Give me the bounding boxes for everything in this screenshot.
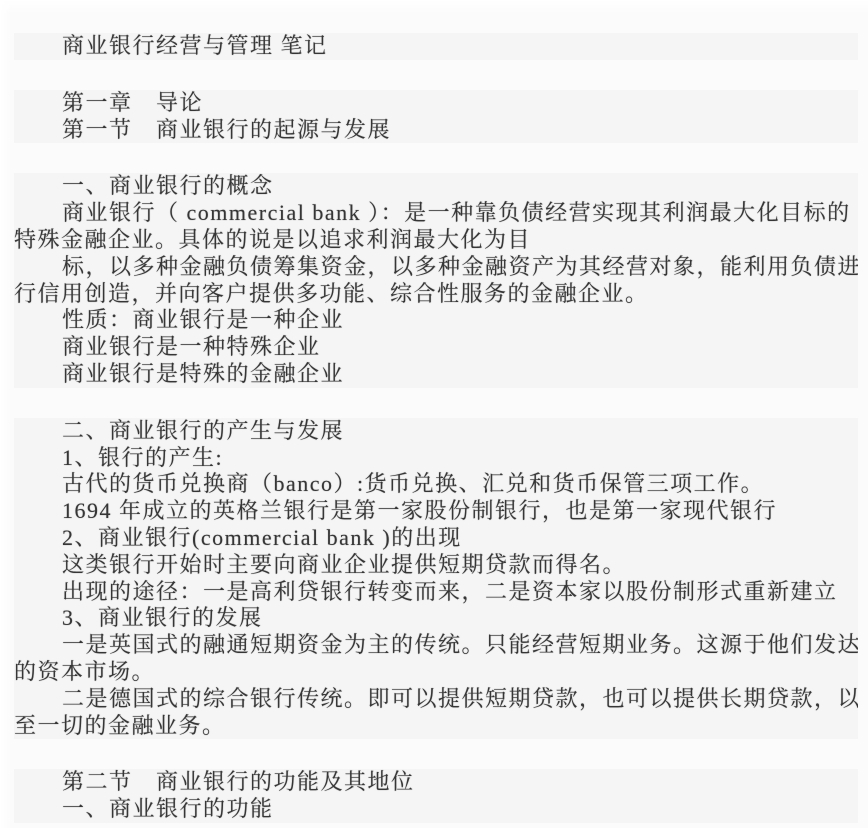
text-line: 1、银行的产生: <box>14 445 858 472</box>
blank-line <box>14 143 858 173</box>
page-lines: 商业银行经营与管理 笔记第一章 导论第一节 商业银行的起源与发展一、商业银行的概… <box>0 0 868 823</box>
text-line: 行信用创造，并向客户提供多功能、综合性服务的金融企业。 <box>14 281 858 308</box>
text-line: 至一切的金融业务。 <box>14 713 858 740</box>
text-line: 商业银行是一种特殊企业 <box>14 334 858 361</box>
text-line: 出现的途径：一是高利贷银行转变而来，二是资本家以股份制形式重新建立 <box>14 579 858 606</box>
text-line: 二、商业银行的产生与发展 <box>14 418 858 445</box>
text-line: 商业银行是特殊的金融企业 <box>14 361 858 388</box>
blank-line <box>14 60 858 90</box>
text-line: 第二节 商业银行的功能及其地位 <box>14 769 858 796</box>
text-line: 一是英国式的融通短期资金为主的传统。只能经营短期业务。这源于他们发达 <box>14 632 858 659</box>
blank-line <box>14 388 858 418</box>
text-line: 第一章 导论 <box>14 90 858 117</box>
text-line: 第一节 商业银行的起源与发展 <box>14 117 858 144</box>
text-line: 的资本市场。 <box>14 659 858 686</box>
text-line: 1694 年成立的英格兰银行是第一家股份制银行，也是第一家现代银行 <box>14 498 858 525</box>
text-line: 一、商业银行的功能 <box>14 796 858 823</box>
text-line: 标，以多种金融负债筹集资金，以多种金融资产为其经营对象，能利用负债进 <box>14 254 858 281</box>
blank-line <box>14 739 858 769</box>
text-line: 这类银行开始时主要向商业企业提供短期贷款而得名。 <box>14 552 858 579</box>
text-line: 一、商业银行的概念 <box>14 173 858 200</box>
text-line: 二是德国式的综合银行传统。即可以提供短期贷款，也可以提供长期贷款，以 <box>14 686 858 713</box>
document-page: 商业银行经营与管理 笔记第一章 导论第一节 商业银行的起源与发展一、商业银行的概… <box>0 0 868 828</box>
text-line: 商业银行（ commercial bank ）：是一种靠负债经营实现其利润最大化… <box>14 200 858 227</box>
text-line: 特殊金融企业。具体的说是以追求利润最大化为目 <box>14 227 858 254</box>
text-line: 性质：商业银行是一种企业 <box>14 307 858 334</box>
text-line: 2、商业银行(commercial bank )的出现 <box>14 525 858 552</box>
text-line: 3、商业银行的发展 <box>14 605 858 632</box>
text-line: 商业银行经营与管理 笔记 <box>14 33 858 60</box>
text-line: 古代的货币兑换商（banco）:货币兑换、汇兑和货币保管三项工作。 <box>14 471 858 498</box>
